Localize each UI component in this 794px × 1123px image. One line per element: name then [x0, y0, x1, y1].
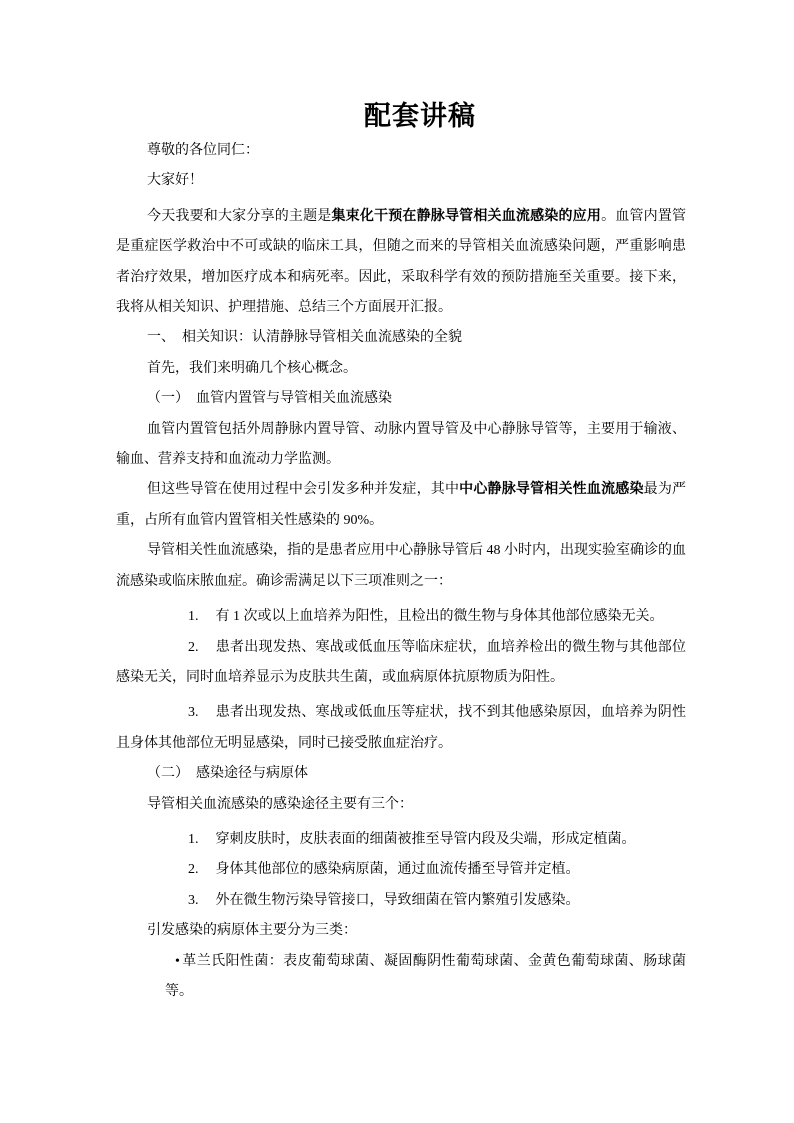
greeting: 大家好！: [116, 166, 686, 196]
subsection-1-2-heading: （二） 感染途径与病原体: [116, 759, 686, 789]
paragraph-routes-lead: 导管相关血流感染的感染途径主要有三个：: [116, 790, 686, 820]
subsection-1-1-heading: （一） 血管内置管与导管相关血流感染: [116, 384, 686, 414]
paragraph-definition: 导管相关性血流感染，指的是患者应用中心静脉导管后 48 小时内，出现实验室确诊的…: [116, 536, 686, 597]
route-2-text: 身体其他部位的感染病原菌，通过血流传播至导管并定植。: [216, 862, 580, 877]
pathogen-bullet-item: •革兰氏阳性菌：表皮葡萄球菌、凝固酶阴性葡萄球菌、金黄色葡萄球菌、肠球菌等。: [165, 947, 686, 1008]
complications-pre: 但这些导管在使用过程中会引发多种并发症，其中: [147, 482, 459, 497]
route-item-3: 3.外在微生物污染导管接口，导致细菌在管内繁殖引发感染。: [116, 886, 686, 916]
route-3-number: 3.: [188, 893, 199, 908]
route-1-number: 1.: [188, 832, 199, 847]
route-item-1: 1.穿刺皮肤时，皮肤表面的细菌被推至导管内段及尖端，形成定植菌。: [116, 825, 686, 855]
intro-pre: 今天我要和大家分享的主题是: [147, 209, 331, 224]
bullet-icon: •: [175, 954, 180, 969]
criterion-2-number: 2.: [188, 640, 199, 655]
doc-title: 配套讲稿: [116, 96, 686, 136]
paragraph-pathogens-lead: 引发感染的病原体主要分为三类：: [116, 916, 686, 946]
section-1-lead: 首先，我们来明确几个核心概念。: [116, 354, 686, 384]
document-page: 配套讲稿 尊敬的各位同仁： 大家好！ 今天我要和大家分享的主题是集束化干预在静脉…: [0, 0, 794, 1123]
criterion-1-number: 1.: [188, 609, 199, 624]
pathogen-bullet-text: 革兰氏阳性菌：表皮葡萄球菌、凝固酶阴性葡萄球菌、金黄色葡萄球菌、肠球菌等。: [165, 954, 686, 999]
document-body: 配套讲稿 尊敬的各位同仁： 大家好！ 今天我要和大家分享的主题是集束化干预在静脉…: [116, 96, 686, 1007]
criterion-2-text: 患者出现发热、寒战或低血压等临床症状，血培养检出的微生物与其他部位感染无关，同时…: [116, 640, 686, 685]
intro-paragraph: 今天我要和大家分享的主题是集束化干预在静脉导管相关血流感染的应用。血管内置管是重…: [116, 202, 686, 324]
criterion-1-text: 有 1 次或以上血培养为阳性，且检出的微生物与身体其他部位感染无关。: [216, 609, 664, 624]
intro-post: 。血管内置管是重症医学救治中不可或缺的临床工具，但随之而来的导管相关血流感染问题…: [116, 209, 686, 315]
paragraph-complications: 但这些导管在使用过程中会引发多种并发症，其中中心静脉导管相关性血流感染最为严重，…: [116, 475, 686, 536]
salutation: 尊敬的各位同仁：: [116, 136, 686, 166]
route-item-2: 2.身体其他部位的感染病原菌，通过血流传播至导管并定植。: [116, 855, 686, 885]
criterion-item-3: 3.患者出现发热、寒战或低血压等症状，找不到其他感染原因，血培养为阴性且身体其他…: [116, 698, 686, 759]
criterion-3-number: 3.: [188, 705, 199, 720]
complications-bold: 中心静脉导管相关性血流感染: [459, 482, 643, 497]
route-3-text: 外在微生物污染导管接口，导致细菌在管内繁殖引发感染。: [216, 893, 580, 908]
criterion-item-1: 1.有 1 次或以上血培养为阳性，且检出的微生物与身体其他部位感染无关。: [116, 602, 686, 632]
paragraph-catheter-types: 血管内置管包括外周静脉内置导管、动脉内置导管及中心静脉导管等，主要用于输液、输血…: [116, 415, 686, 476]
section-1-heading: 一、 相关知识：认清静脉导管相关血流感染的全貌: [116, 323, 686, 353]
criterion-3-text: 患者出现发热、寒战或低血压等症状，找不到其他感染原因，血培养为阴性且身体其他部位…: [116, 705, 686, 750]
route-1-text: 穿刺皮肤时，皮肤表面的细菌被推至导管内段及尖端，形成定植菌。: [216, 832, 636, 847]
criterion-item-2: 2.患者出现发热、寒战或低血压等临床症状，血培养检出的微生物与其他部位感染无关，…: [116, 633, 686, 694]
route-2-number: 2.: [188, 862, 199, 877]
intro-topic-bold: 集束化干预在静脉导管相关血流感染的应用: [331, 209, 601, 224]
